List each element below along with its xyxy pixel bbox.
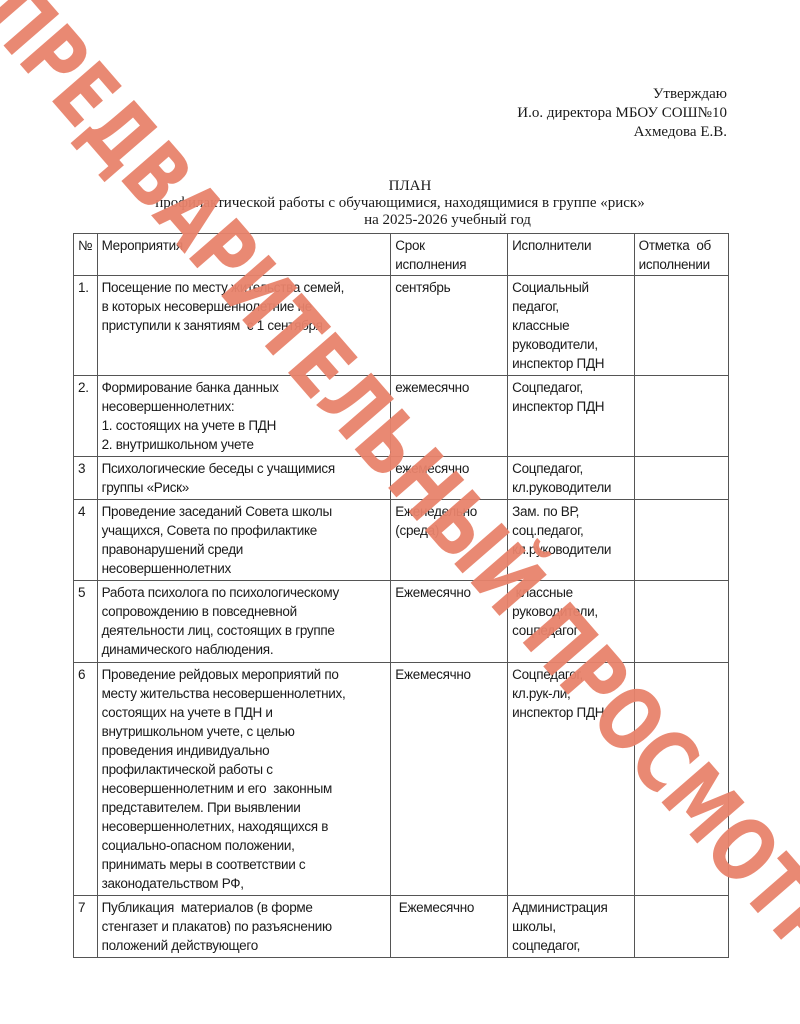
cell-executors-line: инспектор ПДН [512, 703, 629, 722]
cell-mark [634, 376, 728, 457]
cell-event-line: динамического наблюдения. [102, 640, 387, 659]
header-num: № [74, 234, 98, 276]
cell-event-line: положений действующего [102, 936, 387, 955]
cell-event-line: состоящих на учете в ПДН и [102, 703, 387, 722]
cell-num: 6 [74, 663, 98, 896]
cell-event-line: Проведение рейдовых мероприятий по [102, 665, 387, 684]
cell-event-line: 1. состоящих на учете в ПДН [102, 416, 387, 435]
cell-event-line: Работа психолога по психологическому [102, 583, 387, 602]
table-body: 1.Посещение по месту жительства семей,в … [74, 276, 729, 958]
cell-mark [634, 457, 728, 500]
cell-event: Психологические беседы с учащимисягруппы… [97, 457, 391, 500]
cell-event: Формирование банка данныхнесовершеннолет… [97, 376, 391, 457]
table-header-row: № Мероприятия Срок исполнения Исполнител… [74, 234, 729, 276]
cell-executors-line: кл.рук-ли, [512, 684, 629, 703]
approval-name: Ахмедова Е.В. [517, 123, 727, 142]
cell-executors: Социальныйпедагог,классныеруководители,и… [508, 276, 634, 376]
cell-executors: Соцпедагог,кл.рук-ли,инспектор ПДН [508, 663, 634, 896]
cell-event-line: Проведение заседаний Совета школы [102, 502, 387, 521]
approval-block: Утверждаю И.о. директора МБОУ СОШ№10 Ахм… [517, 85, 727, 142]
cell-event-line: принимать меры в соответствии с [102, 855, 387, 874]
cell-event-line: месту жительства несовершеннолетних, [102, 684, 387, 703]
cell-executors-line: инспектор ПДН [512, 354, 629, 373]
document-title: ПЛАН профилактической работы с обучающим… [0, 178, 800, 229]
header-event: Мероприятия [97, 234, 391, 276]
cell-num: 7 [74, 896, 98, 958]
cell-executors-line: соц.педагог, [512, 521, 629, 540]
cell-executors-line: педагог, [512, 297, 629, 316]
cell-executors-line: Зам. по ВР, [512, 502, 629, 521]
cell-executors: классныеруководители,соцпедагог [508, 581, 634, 663]
cell-event: Работа психолога по психологическомусопр… [97, 581, 391, 663]
title-subtitle: профилактической работы с обучающимися, … [0, 195, 800, 212]
cell-term: ежемесячно [391, 376, 508, 457]
title-period: на 2025-2026 учебный год [0, 212, 800, 229]
cell-executors-line: Социальный [512, 278, 629, 297]
cell-event-line: несовершеннолетним и его законным [102, 779, 387, 798]
cell-event: Проведение рейдовых мероприятий поместу … [97, 663, 391, 896]
cell-mark [634, 276, 728, 376]
cell-event-line: профилактической работы с [102, 760, 387, 779]
table-row: 6Проведение рейдовых мероприятий поместу… [74, 663, 729, 896]
header-mark-line: исполнении [639, 255, 724, 274]
table-row: 1.Посещение по месту жительства семей,в … [74, 276, 729, 376]
cell-event-line: приступили к занятиям с 1 сентября [102, 316, 387, 335]
cell-executors: Администрацияшколы,соцпедагог, [508, 896, 634, 958]
cell-term: ежемесячно [391, 457, 508, 500]
cell-event-line: несовершеннолетних, находящихся в [102, 817, 387, 836]
header-mark: Отметка об исполнении [634, 234, 728, 276]
cell-executors: Соцпедагог,инспектор ПДН [508, 376, 634, 457]
approval-line: Утверждаю [517, 85, 727, 104]
cell-term: Ежемесячно [391, 663, 508, 896]
cell-event-line: внутришкольном учете, с целью [102, 722, 387, 741]
cell-executors-line: руководители, [512, 602, 629, 621]
cell-event-line: сопровождению в повседневной [102, 602, 387, 621]
cell-executors-line: классные [512, 583, 629, 602]
cell-term-line: Ежемесячно [395, 665, 503, 684]
cell-executors-line: кл.руководители [512, 478, 629, 497]
cell-mark [634, 896, 728, 958]
cell-term-line: сентябрь [395, 278, 503, 297]
cell-num: 1. [74, 276, 98, 376]
cell-event-line: социально-опасном положении, [102, 836, 387, 855]
table-row: 7Публикация материалов (в форместенгазет… [74, 896, 729, 958]
cell-executors-line: соцпедагог, [512, 936, 629, 955]
plan-table: № Мероприятия Срок исполнения Исполнител… [73, 233, 729, 958]
cell-num: 2. [74, 376, 98, 457]
cell-event-line: Формирование банка данных [102, 378, 387, 397]
cell-event-line: представителем. При выявлении [102, 798, 387, 817]
cell-event-line: Публикация материалов (в форме [102, 898, 387, 917]
cell-executors-line: кл.руководители [512, 540, 629, 559]
cell-term-line: Еженедельно [395, 502, 503, 521]
cell-executors: Соцпедагог,кл.руководители [508, 457, 634, 500]
cell-event-line: законодательством РФ, [102, 874, 387, 893]
cell-event: Публикация материалов (в форместенгазет … [97, 896, 391, 958]
cell-executors-line: Администрация [512, 898, 629, 917]
header-executors: Исполнители [508, 234, 634, 276]
cell-executors-line: соцпедагог [512, 621, 629, 640]
cell-event-line: 2. внутришкольном учете [102, 435, 387, 454]
cell-event-line: в которых несовершеннолетние не [102, 297, 387, 316]
cell-executors-line: Соцпедагог, [512, 459, 629, 478]
cell-term: Еженедельно(среда) [391, 500, 508, 581]
title-heading: ПЛАН [0, 178, 800, 195]
cell-event-line: Посещение по месту жительства семей, [102, 278, 387, 297]
cell-term-line: Ежемесячно [395, 583, 503, 602]
cell-executors-line: классные [512, 316, 629, 335]
header-term-line: Срок [395, 236, 503, 255]
approval-position: И.о. директора МБОУ СОШ№10 [517, 104, 727, 123]
cell-term-line: ежемесячно [395, 378, 503, 397]
cell-term: Ежемесячно [391, 896, 508, 958]
cell-mark [634, 500, 728, 581]
cell-num: 4 [74, 500, 98, 581]
cell-event-line: правонарушений среди [102, 540, 387, 559]
cell-event: Проведение заседаний Совета школыучащихс… [97, 500, 391, 581]
cell-term-line: (среда) [395, 521, 503, 540]
cell-term-line: ежемесячно [395, 459, 503, 478]
header-term: Срок исполнения [391, 234, 508, 276]
table-row: 2.Формирование банка данныхнесовершеннол… [74, 376, 729, 457]
table-row: 5Работа психолога по психологическомусоп… [74, 581, 729, 663]
cell-executors-line: инспектор ПДН [512, 397, 629, 416]
cell-term: Ежемесячно [391, 581, 508, 663]
cell-term: сентябрь [391, 276, 508, 376]
cell-event-line: стенгазет и плакатов) по разъяснению [102, 917, 387, 936]
cell-event-line: группы «Риск» [102, 478, 387, 497]
header-term-line: исполнения [395, 255, 503, 274]
cell-mark [634, 663, 728, 896]
table-row: 4Проведение заседаний Совета школыучащих… [74, 500, 729, 581]
header-mark-line: Отметка об [639, 236, 724, 255]
cell-event-line: Психологические беседы с учащимися [102, 459, 387, 478]
table-row: 3Психологические беседы с учащимисягрупп… [74, 457, 729, 500]
cell-executors-line: школы, [512, 917, 629, 936]
cell-num: 3 [74, 457, 98, 500]
cell-term-line: Ежемесячно [395, 898, 503, 917]
cell-event: Посещение по месту жительства семей,в ко… [97, 276, 391, 376]
cell-event-line: деятельности лиц, состоящих в группе [102, 621, 387, 640]
cell-event-line: проведения индивидуально [102, 741, 387, 760]
cell-executors: Зам. по ВР,соц.педагог,кл.руководители [508, 500, 634, 581]
cell-event-line: несовершеннолетних [102, 559, 387, 578]
cell-mark [634, 581, 728, 663]
cell-executors-line: руководители, [512, 335, 629, 354]
cell-event-line: несовершеннолетних: [102, 397, 387, 416]
cell-executors-line: Соцпедагог, [512, 665, 629, 684]
cell-num: 5 [74, 581, 98, 663]
cell-event-line: учащихся, Совета по профилактике [102, 521, 387, 540]
cell-executors-line: Соцпедагог, [512, 378, 629, 397]
